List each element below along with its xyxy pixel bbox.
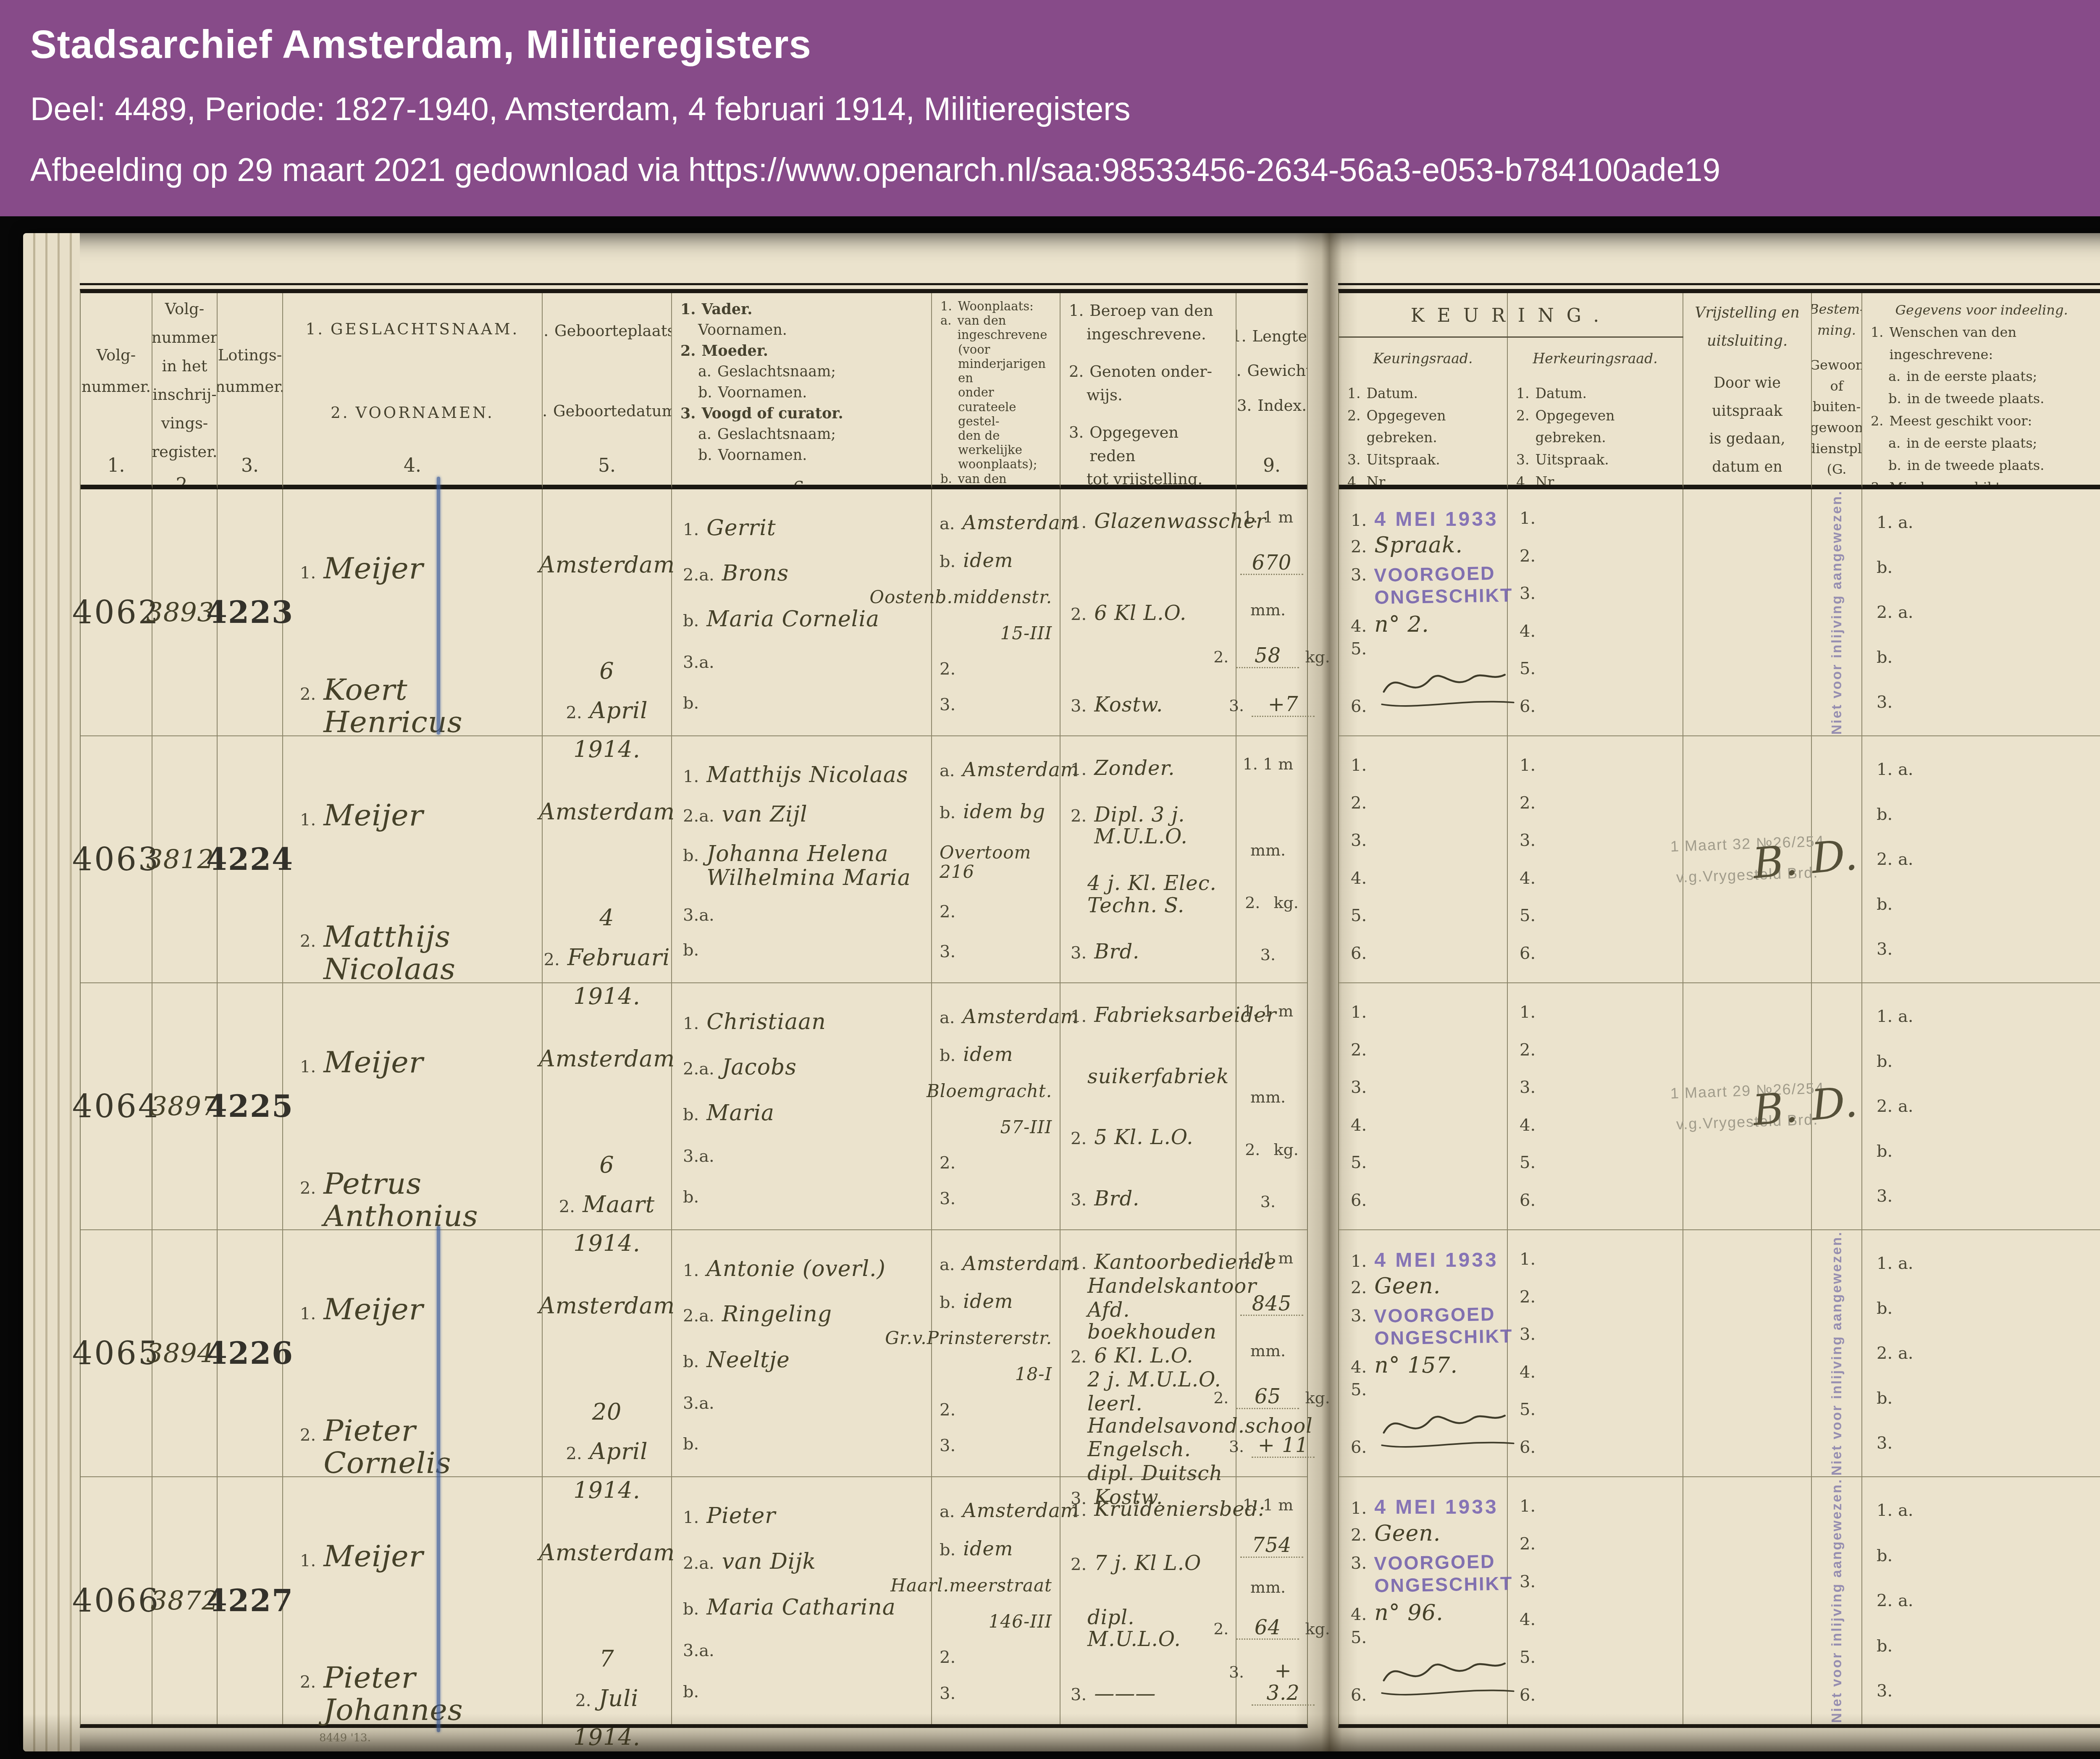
header-line: 2.Opgegeven gebreken. — [1516, 405, 1674, 449]
field-line: 2. — [1351, 793, 1495, 813]
field-line: 5. — [1520, 659, 1671, 678]
field-line: 6. — [1520, 944, 1671, 963]
field-line: 146-III — [989, 1612, 1052, 1631]
header-line: Volg- — [97, 345, 136, 365]
cell-r1-c1: 4062 — [81, 489, 152, 736]
header-line: Keuringsraad. — [1373, 348, 1473, 370]
field-line: Amsterdam — [539, 1540, 675, 1565]
field-line: Bloemgracht. — [927, 1082, 1052, 1101]
cell-r1-c13: Niet voor inlijving aangewezen. — [1812, 489, 1862, 736]
field-line: 6. — [1520, 1191, 1671, 1210]
field-line: Amsterdam — [539, 1293, 675, 1318]
field-line: 3. — [940, 695, 1052, 714]
field-line: 2.a.van Zijl — [683, 803, 920, 827]
field-line: b. — [1877, 895, 2087, 914]
field-line: 4.n° 157. — [1351, 1354, 1495, 1378]
cell-r4-c8: 1.KantoorbediendeHandelskantoorAfd. boek… — [1060, 1230, 1236, 1477]
header-line: 1.Woonplaats: — [940, 299, 1034, 313]
field-line: Engelsch. — [1071, 1439, 1226, 1461]
header-line: 2.Moeder. — [680, 341, 768, 362]
field-line: a.Amsterdam — [940, 1253, 1052, 1274]
lotingsnummer-value: 4225 — [206, 1090, 294, 1123]
field-line: 3.+ 3.2 — [1229, 1660, 1315, 1706]
cell-r2-c8: 1.Zonder.2.Dipl. 3 j. M.U.L.O.4 j. Kl. E… — [1060, 736, 1236, 983]
header-line: 2.Genoten onder- — [1069, 360, 1212, 383]
cell-r1-c8: 1.Glazenwasscher2.6 Kl L.O.3.Kostw. — [1060, 489, 1236, 736]
field-line: 6 — [599, 1153, 614, 1177]
field-line: 2.7 j. Kl L.O — [1071, 1552, 1226, 1575]
field-line: 3.Brd. — [1071, 941, 1226, 963]
field-line: mm. — [1250, 1342, 1293, 1360]
field-line: b.Maria — [683, 1101, 920, 1125]
cell-r3-c11: 1.2.3.4.5.6. — [1508, 983, 1683, 1230]
header-line: 1.Geboorteplaats. — [543, 321, 672, 341]
field-line: 3.+ 11 — [1229, 1434, 1315, 1458]
header-line: 4.Nr. keuringsreglement. — [1516, 471, 1674, 489]
cell-r5-c9: 1. 1 m754mm.2.64kg.3.+ 3.2 — [1236, 1477, 1307, 1724]
field-line: 2.64kg. — [1213, 1617, 1330, 1640]
field-line: 4. — [1351, 869, 1495, 888]
field-line: b. — [1877, 1299, 2087, 1318]
field-line: 4 — [599, 906, 614, 930]
field-line: 5. — [1351, 1628, 1495, 1647]
field-line: b. — [683, 940, 920, 960]
field-line: 1. a. — [1877, 1501, 2087, 1520]
cell-r2-c10: 1.2.3.4.5.6. — [1339, 736, 1508, 983]
field-line: 1.Kruideniersbed: — [1071, 1498, 1226, 1520]
cell-r4-c1: 4065 — [81, 1230, 152, 1477]
field-line: 5. — [1351, 1153, 1495, 1172]
header-line: a.van den ingeschrevene — [940, 313, 1051, 342]
field-line: b.Maria Cornelia — [683, 607, 920, 631]
field-line: 1.Christiaan — [683, 1010, 920, 1034]
field-line: 845 — [1240, 1293, 1303, 1316]
field-line: 1. 1 m — [1243, 1249, 1301, 1267]
field-line: 3. — [1520, 831, 1671, 850]
header-line: (voor minderjarigen en — [940, 342, 1051, 386]
field-line: 3.——— — [1071, 1683, 1226, 1705]
table-right-page: KEURING. Keuringsraad.1.Datum.2.Opgegeve… — [1338, 289, 2100, 1728]
cell-r3-c3: 4225 — [218, 983, 283, 1230]
cell-r2-c11: 1.2.3.4.5.6. — [1508, 736, 1683, 983]
field-line: 1.Antonie (overl.) — [683, 1257, 920, 1281]
field-line: b.idem — [940, 1538, 1052, 1559]
cell-r5-c6: 1.Pieter2.a.van Dijkb.Maria Catharina3.a… — [672, 1477, 932, 1724]
field-line: 2. — [1520, 1040, 1671, 1060]
voorgoed-ongeschikt-stamp: 3.VOORGOED ONGESCHIKT — [1351, 563, 1495, 607]
field-line: 18-I — [1015, 1365, 1052, 1384]
field-line: Amsterdam — [539, 1046, 675, 1071]
field-line: 4. — [1520, 622, 1671, 641]
field-line: 6. — [1520, 1685, 1671, 1705]
cell-r4-c3: 4226 — [218, 1230, 283, 1477]
field-line: 4 j. Kl. Elec. Techn. S. — [1071, 872, 1226, 917]
field-line: 5. — [1351, 1380, 1495, 1399]
column-number: 6. — [672, 472, 931, 490]
field-line: 2.6 Kl. L.O. — [1071, 1345, 1226, 1367]
field-line: 2. — [1520, 793, 1671, 813]
field-line: 3. — [940, 942, 1052, 961]
field-line: 2.Dipl. 3 j. M.U.L.O. — [1071, 804, 1226, 848]
header-line: b.Voornamen. — [680, 445, 807, 466]
field-line: 2.a.Brons — [683, 562, 920, 585]
field-line: suikerfabriek — [1071, 1066, 1226, 1088]
volgnummer-value: 4066 — [72, 1583, 160, 1618]
field-line: 5. — [1520, 1648, 1671, 1667]
field-line: 4. — [1351, 1116, 1495, 1135]
field-line: 3. — [1260, 945, 1283, 964]
signature-line: 6. — [1351, 662, 1495, 716]
signature-line: 6. — [1351, 1650, 1495, 1705]
header-line: vings- — [161, 413, 208, 433]
blue-crayon-line — [437, 1226, 440, 1732]
cell-r2-c1: 4063 — [81, 736, 152, 983]
header-line: b.in de tweede plaats. — [1871, 454, 2044, 477]
cell-r1-c3: 4223 — [218, 489, 283, 736]
field-line: 1. a. — [1877, 1007, 2087, 1026]
cell-r1-c9: 1. 1 m670mm.2.58kg.3.+7 — [1236, 489, 1307, 736]
cell-r5-c8: 1.Kruideniersbed:2.7 j. Kl L.Odipl. M.U.… — [1060, 1477, 1236, 1724]
header-line: in het — [162, 356, 207, 376]
header-line: (G. D. of — [1820, 459, 1853, 489]
field-line: mm. — [1250, 601, 1293, 619]
column-header-1: Volg-nummer.1. — [81, 293, 152, 489]
field-line: b. — [1877, 1142, 2087, 1161]
field-line: 2. a. — [1877, 1344, 2087, 1363]
header-line: of — [1830, 376, 1843, 397]
field-line: 3. — [1351, 831, 1495, 850]
header-line: wijs. — [1069, 383, 1123, 407]
field-line: 2. — [1351, 1040, 1495, 1060]
column-header-5: 1.Geboorteplaats.2.Geboortedatum.5. — [543, 293, 672, 489]
field-line: 2. — [940, 1400, 1052, 1420]
voorgoed-ongeschikt-stamp: 3.VOORGOED ONGESCHIKT — [1351, 1551, 1495, 1596]
field-line: leerl. Handelsavond.school — [1071, 1393, 1226, 1437]
field-line: 2.kg. — [1245, 1140, 1299, 1159]
lotingsnummer-value: 4224 — [206, 843, 294, 876]
field-line: 4. — [1520, 1610, 1671, 1629]
field-line: 5. — [1520, 1400, 1671, 1419]
cell-r5-c5: Amsterdam72.Juli1914. — [543, 1477, 672, 1724]
cell-r2-c9: 1. 1 mmm.2.kg.3. — [1236, 736, 1307, 983]
field-line: 3.a. — [683, 1147, 920, 1166]
field-line: Overtoom 216 — [940, 843, 1052, 882]
field-line: 4. — [1520, 1116, 1671, 1135]
cell-r2-c3: 4224 — [218, 736, 283, 983]
cell-r1-c10: 1.4 MEI 19332.Spraak.3.VOORGOED ONGESCHI… — [1339, 489, 1508, 736]
field-line: 3. — [1877, 1681, 2087, 1701]
field-line: 5. — [1351, 639, 1495, 659]
field-line: 2.Matthijs Nicolaas — [300, 921, 538, 985]
field-line: 1. — [1520, 509, 1671, 528]
header-line: 3.Uitspraak. — [1347, 449, 1440, 471]
field-line: 1. — [1520, 1250, 1671, 1269]
cell-r5-c10: 1.4 MEI 19332.Geen.3.VOORGOED ONGESCHIKT… — [1339, 1477, 1508, 1724]
field-line: 2.April — [566, 1439, 648, 1464]
header-line: tot vrijstelling. — [1069, 467, 1202, 489]
volgnummer-value: 4064 — [72, 1089, 160, 1124]
field-line: Gr.v.Prinstererstr. — [885, 1328, 1052, 1348]
field-line: 3. — [1520, 1325, 1671, 1344]
cell-r4-c13: Niet voor inlijving aangewezen. — [1812, 1230, 1862, 1477]
field-line: 2.a.Ringeling — [683, 1302, 920, 1326]
field-line: b. — [1877, 1546, 2087, 1565]
field-line: 1. — [1351, 756, 1495, 775]
field-line: 1. — [1520, 1496, 1671, 1516]
field-line: 20 — [592, 1399, 622, 1424]
column-number: 4. — [283, 449, 542, 485]
field-line: b. — [1877, 648, 2087, 667]
field-line: 1.Zonder. — [1071, 757, 1226, 780]
header-line: 3.Minder geschikt voor: — [1871, 476, 2040, 489]
field-line: 1. 1 m — [1243, 508, 1301, 526]
field-line: b. — [1877, 558, 2087, 577]
field-line: 2.6 Kl L.O. — [1071, 602, 1226, 625]
cell-r3-c9: 1. 1 mmm.2.kg.3. — [1236, 983, 1307, 1230]
field-line: 1.Pieter — [683, 1504, 920, 1528]
field-line: 7 — [599, 1646, 614, 1671]
field-line: b. — [1877, 1052, 2087, 1071]
cell-r4-c4: 1.Meijer2.Pieter Cornelis — [283, 1230, 543, 1477]
lotingsnummer-value: 4223 — [206, 596, 294, 629]
field-line: 3.a. — [683, 653, 920, 672]
cell-r4-c5: Amsterdam202.April1914. — [543, 1230, 672, 1477]
field-line: 4.n° 2. — [1351, 613, 1495, 637]
field-line: 1. 1 m — [1243, 1496, 1301, 1514]
cell-r5-c11: 1.2.3.4.5.6. — [1508, 1477, 1683, 1724]
field-line: 3. — [940, 1436, 1052, 1455]
cell-r2-c13: B. D. — [1812, 736, 1862, 983]
field-line: 3. — [1877, 940, 2087, 959]
header-line: b.in de tweede plaats. — [1871, 388, 2044, 410]
column-header-6: 1.Vader.Voornamen.2.Moeder.a.Geslachtsna… — [672, 293, 932, 489]
field-line: b. — [1877, 805, 2087, 824]
field-line: 1. 1 m — [1243, 755, 1301, 773]
header-line: 1.Datum. — [1347, 383, 1418, 405]
column-number: 1. — [81, 449, 152, 485]
bd-handwritten: B. D. — [1816, 836, 1858, 882]
field-line: 2.Februari — [543, 945, 670, 970]
header-line: 3.Index. — [1237, 396, 1307, 416]
field-line: 4. — [1520, 1363, 1671, 1382]
field-line: 3. — [1520, 1572, 1671, 1591]
header-line: dienstpl. — [1812, 438, 1862, 459]
header-line: 3.Uitspraak. — [1516, 449, 1609, 471]
field-line: a.Amsterdam — [940, 759, 1052, 780]
cell-r5-c13: Niet voor inlijving aangewezen. — [1812, 1477, 1862, 1724]
field-line: 4. — [1520, 869, 1671, 888]
column-header-2: Volg-nummerin hetinschrij-vings-register… — [152, 293, 218, 489]
header-line: nummer — [152, 328, 218, 348]
header-line: onder curateele gestel- — [940, 385, 1051, 428]
cell-r4-c7: a.Amsterdamb.idemGr.v.Prinstererstr.18-I… — [932, 1230, 1060, 1477]
header-line: aard der uitspraak, — [1692, 481, 1803, 489]
purple-date-stamp: 1.4 MEI 1933 — [1351, 1496, 1495, 1519]
purple-date-stamp: 1.4 MEI 1933 — [1351, 1250, 1495, 1272]
cell-r2-c5: Amsterdam42.Februari1914. — [543, 736, 672, 983]
field-line: 2.a.Jacobs — [683, 1055, 920, 1079]
field-line: 2.Pieter Cornelis — [300, 1415, 538, 1479]
field-line: 3.+7 — [1229, 693, 1315, 717]
field-line: 3. — [1877, 693, 2087, 712]
cell-r3-c13: B. D. — [1812, 983, 1862, 1230]
field-line: Afd. boekhouden — [1071, 1299, 1226, 1344]
column-header-13: Bestem-ming.Gewoonofbuiten-gewoondienstp… — [1812, 293, 1862, 489]
field-line: 1. 1 m — [1243, 1002, 1301, 1020]
field-line: 3. — [1877, 1433, 2087, 1453]
field-line: b. — [683, 693, 920, 713]
field-line: 3.Kostw. — [1071, 694, 1226, 716]
cell-r3-c14: 1. a.b.2. a.b.3. — [1862, 983, 2100, 1230]
purple-date-stamp: 1.4 MEI 1933 — [1351, 509, 1495, 531]
header-line: inschrij- — [152, 385, 217, 405]
header-line: 3.Opgegeven reden — [1069, 421, 1227, 467]
header-line: 2.Opgegeven gebreken. — [1347, 405, 1499, 449]
column-header-7: 1.Woonplaats:a.van den ingeschrevene(voo… — [932, 293, 1060, 489]
field-line: 57-III — [1000, 1118, 1052, 1137]
field-line: 1914. — [573, 1725, 640, 1750]
field-line: 2.Juli — [575, 1686, 638, 1711]
niet-voor-inlijving-stamp: Niet voor inlijving aangewezen. — [1829, 1231, 1844, 1476]
table-left-page: Volg-nummer.1.Volg-nummerin hetinschrij-… — [80, 289, 1308, 1728]
cell-r2-c14: 1. a.b.2. a.b.3. — [1862, 736, 2100, 983]
field-line: 2.Petrus Anthonius — [300, 1168, 538, 1232]
niet-voor-inlijving-stamp: Niet voor inlijving aangewezen. — [1829, 1478, 1844, 1723]
field-line: 3. — [1877, 1187, 2087, 1206]
column-header-14: Gegevens voor indeeling.1.Wenschen van d… — [1862, 293, 2100, 489]
field-line: 3. — [940, 1189, 1052, 1208]
header-line: 1.Beroep van den — [1069, 299, 1213, 323]
field-line: 2.Spraak. — [1351, 533, 1495, 557]
bd-handwritten: B. D. — [1816, 1083, 1858, 1129]
metadata-banner: Stadsarchief Amsterdam, Militieregisters… — [0, 0, 2100, 216]
field-line: b.Neeltje — [683, 1348, 920, 1372]
column-header-8: 1.Beroep van deningeschrevene.2.Genoten … — [1060, 293, 1236, 489]
field-line: 3. — [1351, 1078, 1495, 1097]
column-number: 3. — [218, 449, 282, 485]
field-line: 5. — [1520, 1153, 1671, 1172]
signature-scribble — [1378, 1402, 1517, 1454]
cell-r4-c9: 1. 1 m845mm.2.65kg.3.+ 11 — [1236, 1230, 1307, 1477]
header-line: ming. — [1817, 320, 1856, 341]
archive-subtitle: Deel: 4489, Periode: 1827-1940, Amsterda… — [30, 91, 2100, 128]
column-number: 9. — [1236, 449, 1307, 485]
cell-r1-c14: 1. a.b.2. a.b.3. — [1862, 489, 2100, 736]
field-line: 2.58kg. — [1213, 645, 1330, 668]
header-line: Bestem- — [1812, 299, 1862, 320]
cell-r5-c7: a.Amsterdamb.idemHaarl.meerstraat146-III… — [932, 1477, 1060, 1724]
blue-crayon-line — [437, 477, 440, 735]
header-line: register. — [152, 442, 218, 462]
column-header-3: Lotings-nummer.3. — [218, 293, 283, 489]
cell-r3-c10: 1.2.3.4.5.6. — [1339, 983, 1508, 1230]
header-line: Gegevens voor indeeling. — [1895, 299, 2068, 321]
signature-line: 6. — [1351, 1402, 1495, 1457]
header-line: nummer. — [218, 377, 283, 397]
header-line: 2.Gewicht. — [1236, 361, 1307, 381]
header-line: 1.GESLACHTSNAAM. — [306, 319, 520, 339]
header-line: uitsluiting. — [1707, 327, 1788, 355]
field-line: 3. — [940, 1684, 1052, 1703]
header-line: 1.Lengte. — [1236, 326, 1307, 347]
download-note: Afbeelding op 29 maart 2021 gedownload v… — [30, 152, 2100, 189]
voorgoed-ongeschikt-stamp: 3.VOORGOED ONGESCHIKT — [1351, 1304, 1495, 1348]
cell-r3-c7: a.Amsterdamb.idemBloemgracht.57-III2.3. — [932, 983, 1060, 1230]
field-line: 2.Pieter Johannes — [300, 1662, 538, 1726]
field-line: 1.Fabrieksarbeider — [1071, 1004, 1226, 1027]
field-line: 2. a. — [1877, 1097, 2087, 1116]
header-line: a.in de eerste plaats; — [1871, 432, 2037, 454]
field-line: 1. a. — [1877, 760, 2087, 779]
register-scan: Volg-nummer.1.Volg-nummerin hetinschrij-… — [23, 233, 2100, 1751]
header-line: Volg- — [165, 299, 205, 319]
column-header-9: 1.Lengte.2.Gewicht.3.Index.9. — [1236, 293, 1307, 489]
field-line: a.Amsterdam — [940, 1006, 1052, 1027]
field-line: 6. — [1520, 1438, 1671, 1457]
header-line: Herkeuringsraad. — [1533, 348, 1657, 370]
field-line: 1.Gerrit — [683, 516, 920, 540]
cell-r3-c1: 4064 — [81, 983, 152, 1230]
field-line: 2. — [940, 902, 1052, 922]
field-line: 3. — [1260, 1192, 1283, 1211]
field-line: 2.5 Kl. L.O. — [1071, 1126, 1226, 1149]
field-line: b. — [683, 1682, 920, 1701]
cell-r2-c7: a.Amsterdamb.idem bgOvertoom 2162.3. — [932, 736, 1060, 983]
field-line: a.Amsterdam — [940, 512, 1052, 533]
field-line: 2. — [1520, 1287, 1671, 1307]
field-line: b.idem — [940, 1291, 1052, 1312]
field-line: 2.Koert Henricus — [300, 674, 538, 738]
lotingsnummer-value: 4227 — [206, 1584, 294, 1617]
field-line: 15-III — [1000, 624, 1052, 643]
field-line: mm. — [1250, 1578, 1293, 1596]
field-line: 5. — [1520, 906, 1671, 925]
niet-voor-inlijving-stamp: Niet voor inlijving aangewezen. — [1829, 490, 1844, 735]
field-line: b.Johanna Helena Wilhelmina Maria — [683, 842, 920, 890]
column-header-4: 1.GESLACHTSNAAM.2.VOORNAMEN.4. — [283, 293, 543, 489]
signature-scribble — [1378, 662, 1517, 714]
field-line: 2.65kg. — [1213, 1386, 1330, 1409]
signature-scribble — [1378, 1650, 1517, 1702]
field-line: b.idem bg — [940, 801, 1052, 822]
field-line: 6. — [1351, 1191, 1495, 1210]
keuring-group-header: KEURING. — [1339, 295, 1683, 338]
cell-r1-c4: 1.Meijer2.Koert Henricus — [283, 489, 543, 736]
header-line: a.Geslachtsnaam; — [680, 424, 836, 445]
field-line: 6. — [1351, 944, 1495, 963]
column-number: 5. — [543, 449, 671, 485]
cell-r4-c6: 1.Antonie (overl.)2.a.Ringelingb.Neeltje… — [672, 1230, 932, 1477]
cell-r3-c6: 1.Christiaan2.a.Jacobsb.Maria3.a.b. — [672, 983, 932, 1230]
field-line: 2. — [940, 1648, 1052, 1667]
header-line: 2.Geboortedatum. — [543, 401, 672, 421]
field-line: 2 j. M.U.L.O. — [1071, 1369, 1226, 1391]
field-line: 1. a. — [1877, 1254, 2087, 1273]
field-line: 1. a. — [1877, 513, 2087, 532]
field-line: 2. — [1520, 546, 1671, 566]
field-line: dipl. M.U.L.O. — [1071, 1607, 1226, 1651]
field-line: b. — [683, 1434, 920, 1454]
header-line: ingeschrevene. — [1069, 323, 1206, 346]
field-line: b. — [1877, 1389, 2087, 1408]
header-line: 2.VOORNAMEN. — [331, 403, 494, 423]
archive-title: Stadsarchief Amsterdam, Militieregisters — [30, 22, 2100, 67]
header-line: Lotings- — [218, 345, 282, 365]
header-line: Door wie uitspraak — [1692, 369, 1803, 425]
field-line: 3. — [1520, 584, 1671, 603]
field-line: 1.Glazenwasscher — [1071, 510, 1226, 533]
cell-r5-c14: 1. a.b.2. a.b.3. — [1862, 1477, 2100, 1724]
